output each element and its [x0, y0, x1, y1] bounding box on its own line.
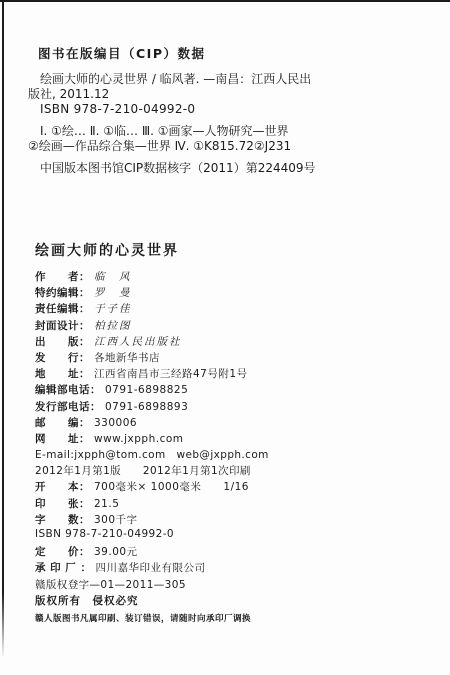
field-value: 0791-6898893: [105, 401, 188, 413]
publisher-row: 出 版： 江西人民出版社: [35, 334, 436, 350]
book-title: 绘画大师的心灵世界: [35, 240, 436, 260]
distributor-row: 发 行： 各地新华书店: [35, 350, 436, 366]
field-value: www.jxpph.com: [94, 433, 184, 445]
field-value: 江西省南昌市三经路47号附1号: [94, 366, 248, 381]
author-row: 作 者： 临 风: [35, 269, 436, 285]
price-row: 定 价： 39.00元: [35, 544, 436, 560]
field-label: 作 者：: [35, 269, 90, 284]
edition-printing-row: 2012年1月第1版 2012年1月第1次印刷: [35, 463, 436, 479]
field-label: 封面设计：: [35, 318, 90, 333]
field-label: 开 本：: [35, 479, 90, 494]
cip-isbn-line: ISBN 978-7-210-04992-0: [28, 102, 434, 117]
postcode-row: 邮 编： 330006: [35, 415, 436, 431]
field-value: 临 风: [94, 269, 132, 284]
field-label: 地 址：: [35, 366, 90, 381]
field-value: 江西人民出版社: [94, 334, 182, 349]
scan-edge-top-line: [0, 0, 450, 2]
field-label: 发 行：: [35, 350, 90, 365]
word-count-row: 字 数： 300千字: [35, 512, 436, 528]
colophon-block: 绘画大师的心灵世界 作 者： 临 风 特约编辑： 罗 曼 责任编辑： 于子佳 封…: [35, 240, 436, 628]
scan-edge-left-line: [2, 0, 4, 658]
editorial-phone-row: 编辑部电话： 0791-6898825: [35, 382, 436, 398]
cip-record-number-line: 中国版本图书馆CIP数据核字（2011）第224409号: [28, 161, 434, 176]
field-label: 字 数：: [35, 512, 90, 527]
cip-heading: 图书在版编目（CIP）数据: [38, 46, 434, 61]
book-copyright-page: 图书在版编目（CIP）数据 绘画大师的心灵世界 / 临风著. —南昌：江西人民出…: [0, 0, 450, 675]
field-label: 特约编辑：: [35, 285, 90, 300]
cip-block: 图书在版编目（CIP）数据 绘画大师的心灵世界 / 临风著. —南昌：江西人民出…: [28, 46, 434, 176]
field-label: 出 版：: [35, 334, 90, 349]
field-value: 四川嘉华印业有限公司: [95, 560, 205, 575]
format-row: 开 本： 700毫米× 1000毫米 1/16: [35, 479, 436, 495]
printed-sheets-row: 印 张： 21.5: [35, 496, 436, 512]
field-label: 邮 编：: [35, 415, 90, 430]
printer-row: 承 印 厂 ： 四川嘉华印业有限公司: [35, 560, 436, 576]
email-row: E-mail:jxpph@tom.com web@jxpph.com: [35, 447, 436, 463]
field-label: 印 张：: [35, 496, 90, 511]
field-value: 柏拉图: [94, 318, 132, 333]
field-value: 300千字: [94, 512, 138, 527]
address-row: 地 址： 江西省南昌市三经路47号附1号: [35, 366, 436, 382]
cover-design-row: 封面设计： 柏拉图: [35, 318, 436, 334]
distribution-phone-row: 发行部电话： 0791-6898893: [35, 399, 436, 415]
field-label: 承 印 厂 ：: [35, 560, 91, 575]
field-value: 各地新华书店: [94, 350, 160, 365]
special-editor-row: 特约编辑： 罗 曼: [35, 285, 436, 301]
field-value: 39.00元: [94, 544, 138, 559]
field-label: 编辑部电话：: [35, 382, 101, 397]
field-value: 于子佳: [94, 301, 132, 316]
cip-title-line: 绘画大师的心灵世界 / 临风著. —南昌：江西人民出: [28, 72, 434, 87]
responsible-editor-row: 责任编辑： 于子佳: [35, 301, 436, 317]
website-row: 网 址： www.jxpph.com: [35, 431, 436, 447]
field-label: 发行部电话：: [35, 399, 101, 414]
field-value: 330006: [94, 417, 137, 429]
cip-class-line-1: Ⅰ. ①绘… Ⅱ. ①临… Ⅲ. ①画家—人物研究—世界: [28, 124, 434, 139]
registration-number-row: 赣版权登字—01—2011—305: [35, 577, 436, 593]
isbn-row: ISBN 978-7-210-04992-0: [35, 528, 436, 544]
field-value: 罗 曼: [94, 285, 132, 300]
cip-publisher-line: 版社, 2011.12: [28, 87, 434, 102]
field-value: 21.5: [94, 498, 119, 510]
replacement-notice-row: 赣人版图书凡属印刷、装订错误，请随时向承印厂调换: [35, 609, 436, 628]
cip-class-line-2: ②绘画—作品综合集—世界 Ⅳ. ①K815.72②J231: [28, 139, 434, 154]
field-value: 700毫米× 1000毫米 1/16: [94, 479, 249, 494]
copyright-notice-row: 版权所有 侵权必究: [35, 593, 436, 609]
field-value: 0791-6898825: [105, 384, 188, 396]
field-label: 定 价：: [35, 544, 90, 559]
field-label: 责任编辑：: [35, 301, 90, 316]
field-label: 网 址：: [35, 431, 90, 446]
